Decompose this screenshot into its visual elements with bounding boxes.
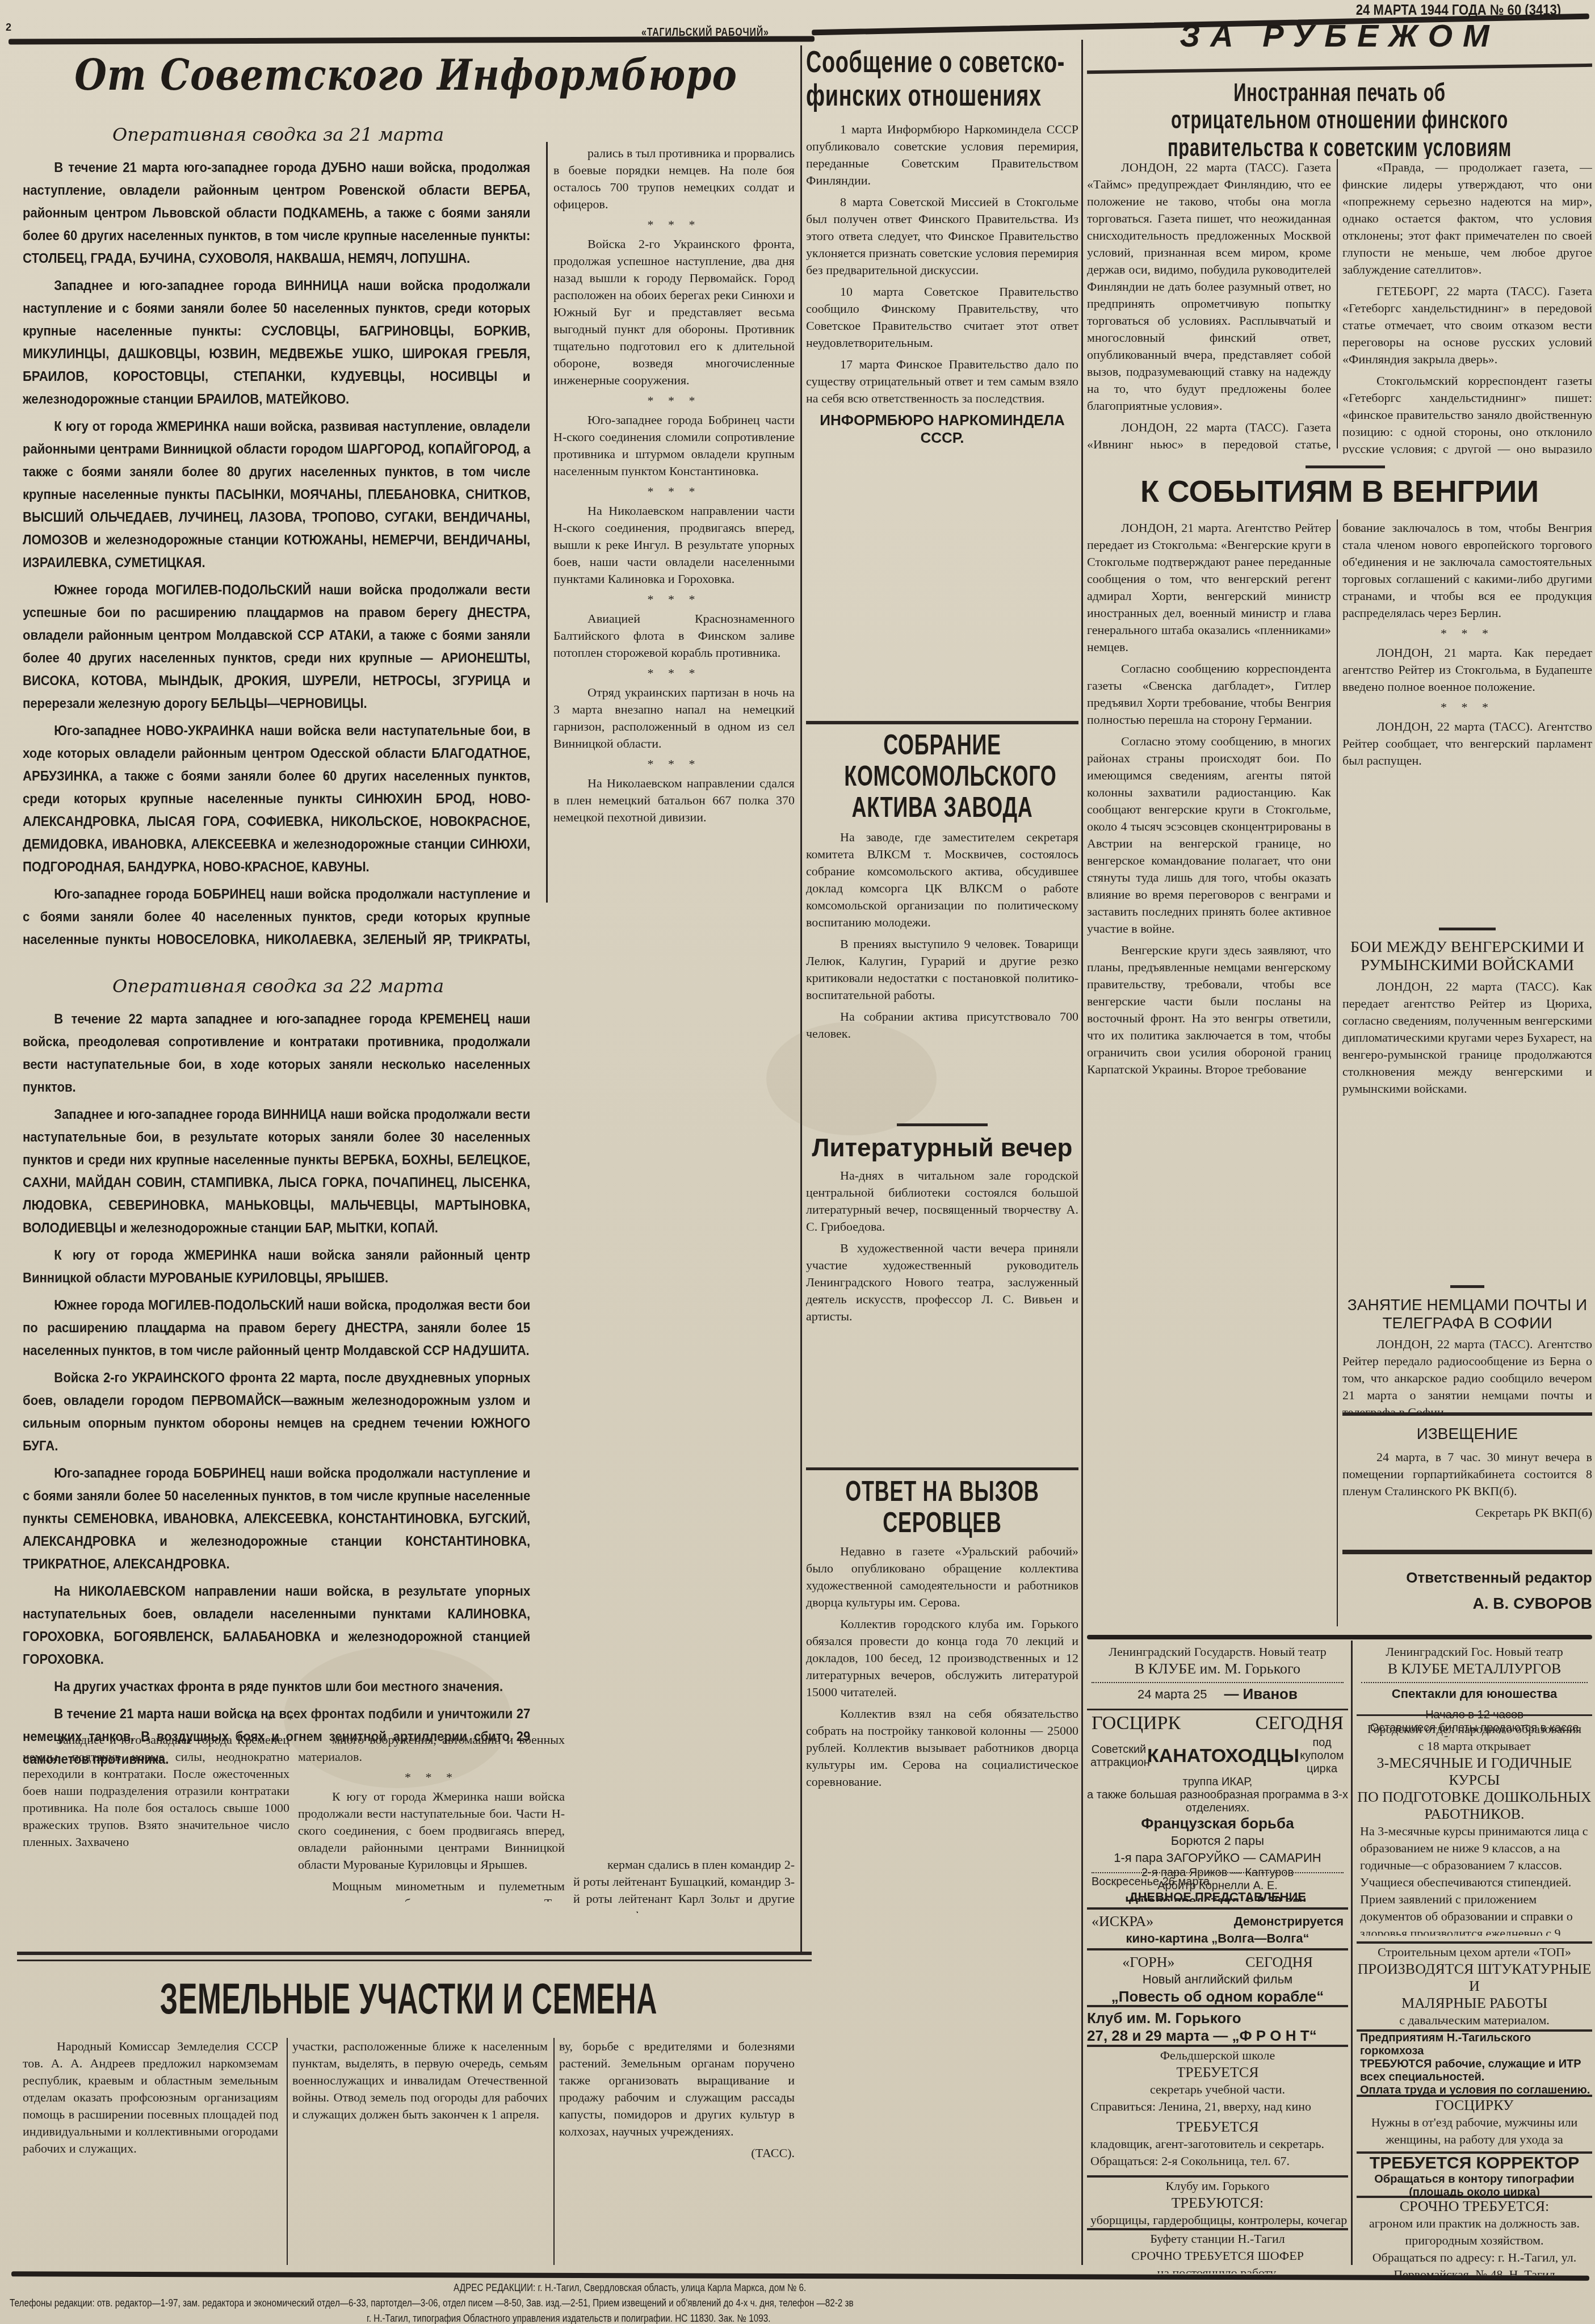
column-divider <box>287 2038 288 2265</box>
footer: АДРЕС РЕДАКЦИИ: г. Н.-Тагил, Свердловска… <box>0 2282 1595 2324</box>
report-paragraph: К югу от города ЖМЕРИНКА наши войска, ра… <box>23 416 530 574</box>
article-paragraph: Войска 2-го Украинского фронта, продолжа… <box>553 236 795 389</box>
article-paragraph: На Николаевском направлении сдался в пле… <box>553 775 795 826</box>
ad-line: а также большая разнообразная программа … <box>1087 1789 1348 1815</box>
editor-name: А. В. СУВОРОВ <box>1342 1595 1592 1613</box>
report-21: Оперативная сводка за 21 марта В течение… <box>23 114 534 954</box>
report-paragraph: В течение 21 марта юго-западнее города Д… <box>23 157 530 270</box>
article-paragraph: рались в тыл противника и прорвались в б… <box>553 145 795 213</box>
ad-line: ПО ПОДГОТОВКЕ ДОШКОЛЬНЫХ <box>1357 1789 1592 1806</box>
ad-line: ДНЕВНОЕ ПРЕДСТАВЛЕНИЕ <box>1087 1889 1348 1906</box>
abroad-section-title: ЗА РУБЕЖОМ <box>1087 17 1592 54</box>
ad-line: СРОЧНО ТРЕБУЕТСЯ: <box>1357 2198 1592 2215</box>
ad-line: кладовщик, агент-заготовитель и секретар… <box>1087 2136 1348 2153</box>
ad-line: Буфету станции Н.-Тагил <box>1087 2230 1348 2247</box>
footer-rule <box>11 2271 1589 2280</box>
ad-line: ТРЕБУЮТСЯ: <box>1087 2195 1348 2212</box>
ad-title: «ИСКРА» <box>1092 1913 1153 1930</box>
article-paragraph: На Николаевском направлении части Н-ског… <box>553 502 795 588</box>
ad-proofreader: ТРЕБУЕТСЯ КОРРЕКТОР Обращаться в контору… <box>1357 2151 1592 2197</box>
ad-line: 27, 28 и 29 марта — „Ф Р О Н Т“ <box>1087 2027 1348 2045</box>
report-22-subtitle: Оперативная сводка за 22 марта <box>23 975 534 997</box>
report-paragraph: К югу от города ЖМЕРИНКА наши войска зан… <box>23 1244 530 1290</box>
ad-plaster-works: Строительным цехом артели «ТОП» ПРОИЗВОД… <box>1357 1941 1592 2027</box>
ad-circus-workers: ГОСЦИРКУ Нужны в от'езд рабочие, мужчины… <box>1357 2095 1592 2151</box>
section-rule <box>1439 928 1496 930</box>
stars-divider: * * * <box>1342 700 1592 715</box>
article-paragraph: бование заключалось в том, чтобы Венгрия… <box>1342 519 1592 622</box>
ad-line: секретарь учебной части. <box>1087 2081 1348 2098</box>
ad-line: ТРЕБУЕТСЯ КОРРЕКТОР <box>1357 2154 1592 2173</box>
ad-title: «ГОРН» <box>1122 1954 1174 1971</box>
ad-title: ГОСЦИРК <box>1092 1713 1181 1734</box>
ads-rule <box>1087 1635 1592 1639</box>
stars-divider: * * * <box>553 666 795 681</box>
printer-info: г. Н.-Тагил, типография Областного управ… <box>0 2313 1356 2324</box>
ad-line: всех специальностей. <box>1360 2071 1592 2084</box>
article-paragraph: ву, борьбе с вредителями и болезнями рас… <box>559 2038 795 2140</box>
hungary-title: К СОБЫТИЯМ В ВЕНГРИИ <box>1087 474 1592 509</box>
article-paragraph: ЛОНДОН, 21 марта. Агентство Рейтер перед… <box>1087 519 1331 656</box>
article-paragraph: Венгерские круги здесь заявляют, что пла… <box>1087 942 1331 1078</box>
editorial-phones: Телефоны редакции: отв. редактор—1-97, з… <box>0 2297 1356 2309</box>
report-21-subtitle: Оперативная сводка за 21 марта <box>23 124 534 145</box>
ad-line: Французская борьба <box>1087 1815 1348 1832</box>
hungary-left: ЛОНДОН, 21 марта. Агентство Рейтер перед… <box>1087 519 1331 1641</box>
column-divider <box>1337 519 1338 1626</box>
article-paragraph: 24 марта, в 7 час. 30 минут вечера в пом… <box>1342 1449 1592 1500</box>
section-rule <box>806 721 1078 724</box>
sovinformburo-bottom-col3: кеpман сдались в плен командир 2-й роты … <box>573 1856 795 1913</box>
column-divider <box>1337 159 1338 448</box>
stars-divider: * * * <box>553 217 795 232</box>
finland-title: Сообщение о советско-финских отношениях <box>806 45 1073 113</box>
ad-today: СЕГОДНЯ <box>1245 1954 1313 1971</box>
sofia-title: ЗАНЯТИЕ НЕМЦАМИ ПОЧТЫ И ТЕЛЕГРАФА В СОФИ… <box>1342 1296 1592 1332</box>
article-paragraph: ЛОНДОН, 22 марта (ТАСС). Как передает аг… <box>1342 978 1592 1097</box>
editor-label: Ответственный редактор <box>1342 1569 1592 1587</box>
ad-line: На 3-месячные курсы принимаются лица с о… <box>1357 1823 1592 1874</box>
article-paragraph: К югу от города Жмеринка наши войска про… <box>298 1788 565 1873</box>
ad-line: Демонстрируется <box>1234 1913 1344 1930</box>
article-paragraph: Согласно этому сообщению, в многих район… <box>1087 733 1331 937</box>
article-paragraph: Стокгольмский корреспондент газеты «Гете… <box>1342 372 1592 454</box>
article-paragraph: ЛОНДОН, 21 марта. Как передает агентство… <box>1342 644 1592 695</box>
finnish-press-right: «Правда, — продолжает газета, — финские … <box>1342 159 1592 454</box>
sofia-article: ЗАНЯТИЕ НЕМЦАМИ ПОЧТЫ И ТЕЛЕГРАФА В СОФИ… <box>1342 1277 1592 1413</box>
column-divider <box>1351 1641 1353 2265</box>
ad-line: Нужны в от'езд рабочие, мужчины или женщ… <box>1357 2114 1592 2151</box>
ad-line: Справиться: Ленина, 21, вверху, над кино… <box>1087 2098 1348 2119</box>
ad-club-front: Клуб им. М. Горького 27, 28 и 29 марта —… <box>1087 2005 1348 2045</box>
report-paragraph: Юго-западнее города БОБРИНЕЦ наши войска… <box>23 883 530 954</box>
notice-signature: Секретарь РК ВКП(б) <box>1342 1504 1592 1521</box>
article-paragraph: 8 марта Советской Миссией в Стокгольме б… <box>806 194 1078 279</box>
article-paragraph: ЛОНДОН, 22 марта (ТАСС). Агентство Рейте… <box>1342 1336 1592 1413</box>
ad-line: Новый английский фильм <box>1087 1971 1348 1988</box>
article-paragraph: 1 марта Информбюро Наркоминдела СССР опу… <box>806 121 1078 189</box>
ad-iskra: «ИСКРА» Демонстрируется кино-картина „Во… <box>1087 1907 1348 1948</box>
hungary-right: бование заключалось в том, чтобы Венгрия… <box>1342 519 1592 871</box>
ad-buffet: Буфету станции Н.-Тагил СРОЧНО ТРЕБУЕТСЯ… <box>1087 2228 1348 2273</box>
land-plots-title: ЗЕМЕЛЬНЫЕ УЧАСТКИ И СЕМЕНА ДЛЯ ОГОРОДНИК… <box>150 1975 668 2027</box>
ad-line: Строительным цехом артели «ТОП» <box>1357 1944 1592 1961</box>
sovinformburo-continuation: рались в тыл противника и прорвались в б… <box>553 145 795 1893</box>
ad-line: Борются 2 пары <box>1087 1832 1348 1849</box>
clashes-article: БОИ МЕЖДУ ВЕНГЕРСКИМИ И РУМЫНСКИМИ ВОЙСК… <box>1342 920 1592 1283</box>
article-paragraph: На заводе, где заместителем секретаря ко… <box>806 829 1078 931</box>
article-paragraph: На-днях в читальном зале городской центр… <box>806 1167 1078 1235</box>
editorial-address: АДРЕС РЕДАКЦИИ: г. Н.-Тагил, Свердловска… <box>0 2282 1356 2294</box>
article-paragraph: ЛОНДОН, 22 марта (ТАСС). Газета «Ивнинг … <box>1087 419 1331 454</box>
article-paragraph: Западнее и юго-западнее города Кременец … <box>23 1731 289 1851</box>
ad-line: на постоянную работу. <box>1087 2264 1348 2273</box>
ad-line: Ленинградский Гос. Новый театр <box>1357 1643 1592 1660</box>
ad-dates: 24 марта 25 <box>1138 1686 1207 1701</box>
tass-credit: (ТАСС). <box>559 2145 795 2162</box>
article-paragraph: Мощным минометным и пулеметным огнем гит… <box>298 1878 565 1902</box>
column-divider <box>1081 40 1083 2265</box>
finnish-press-title: Иностранная печать об отрицательном отно… <box>1163 79 1517 159</box>
wavy-divider <box>1361 1680 1588 1683</box>
ad-line: Ленинградский Государств. Новый театр <box>1087 1643 1348 1660</box>
report-paragraph: Южнее города МОГИЛЕВ-ПОДОЛЬСКИЙ наши вой… <box>23 1294 530 1362</box>
page-number: 2 <box>6 22 11 33</box>
ad-line: МАЛЯРНЫЕ РАБОТЫ <box>1357 1995 1592 2012</box>
ad-line: с давальческим материалом. <box>1357 2012 1592 2027</box>
ad-enterprises: Предприятиям Н.-Тагильского горкомхоза Т… <box>1357 2029 1592 2098</box>
ad-preschool-courses: Городской отдел народного образования с … <box>1357 1714 1592 1936</box>
article-paragraph: Коллектив взял на себя обязательство соб… <box>806 1705 1078 1790</box>
ad-film: кино-картина „Волга—Волга“ <box>1087 1930 1348 1947</box>
ad-line: ПРОИЗВОДЯТСЯ ШТУКАТУРНЫЕ И <box>1357 1961 1592 1995</box>
land-plots-col1: Народный Комиссар Земледелия СССР тов. А… <box>23 2038 278 2265</box>
ad-club-staff: Клубу им. Горького ТРЕБУЮТСЯ: уборщицы, … <box>1087 2175 1348 2232</box>
ad-line: труппа ИКАР, <box>1087 1776 1348 1789</box>
ad-agronomist: СРОЧНО ТРЕБУЕТСЯ: агроном или практик на… <box>1357 2196 1592 2275</box>
notice-article: ИЗВЕЩЕНИЕ 24 марта, в 7 час. 30 минут ве… <box>1342 1419 1592 1544</box>
ad-title: Клуб им. М. Горького <box>1087 2007 1348 2027</box>
ad-line: СРОЧНО ТРЕБУЕТСЯ ШОФЕР <box>1087 2247 1348 2264</box>
article-paragraph: В прениях выступило 9 человек. Товарищи … <box>806 936 1078 1004</box>
ad-line: Городской отдел народного образования <box>1357 1716 1592 1738</box>
ad-line: Обращаться по адресу: г. Н.-Тагил, ул. П… <box>1357 2249 1592 2275</box>
komsomol-title: СОБРАНИЕ КОМСОМОЛЬСКОГО АКТИВА ЗАВОДА <box>844 729 1040 823</box>
paper-stain <box>766 1022 937 1135</box>
clashes-title: БОИ МЕЖДУ ВЕНГЕРСКИМИ И РУМЫНСКИМИ ВОЙСК… <box>1342 938 1592 975</box>
ad-line: Клубу им. Горького <box>1087 2178 1348 2195</box>
ad-play: — Иванов <box>1224 1685 1298 1700</box>
ad-line: Учащиеся обеспечиваются стипендией. <box>1357 1874 1592 1891</box>
article-paragraph: Отряд украинских партизан в ночь на 3 ма… <box>553 684 795 752</box>
article-paragraph: Недавно в газете «Уральский рабочий» был… <box>806 1543 1078 1611</box>
wavy-divider <box>1092 1680 1344 1683</box>
ad-line: ГОСЦИРКУ <box>1357 2097 1592 2114</box>
ad-line: ТРЕБУЕТСЯ <box>1087 2119 1348 2136</box>
ad-storekeeper: ТРЕБУЕТСЯ кладовщик, агент-заготовитель … <box>1087 2119 1348 2175</box>
wavy-divider <box>1092 1870 1344 1873</box>
report-paragraph: Западнее и юго-западнее города ВИННИЦА н… <box>23 1104 530 1240</box>
sovinformburo-title: От Советского Информбюро <box>64 51 748 100</box>
article-paragraph: ЛОНДОН, 22 марта (ТАСС). Агентство Рейте… <box>1342 718 1592 769</box>
article-paragraph: 10 марта Советское Правительство сообщил… <box>806 283 1078 351</box>
ad-line: РАБОТНИКОВ. <box>1357 1806 1592 1823</box>
report-paragraph: Юго-западнее города БОБРИНЕЦ наши войска… <box>23 1462 530 1576</box>
ad-line: Обращаться в контору типографии <box>1357 2173 1592 2186</box>
ad-line: Предприятиям Н.-Тагильского горкомхоза <box>1360 2032 1592 2058</box>
article-paragraph: Юго-западнее города Бобринец части Н-ско… <box>553 412 795 480</box>
ad-film: „Повесть об одном корабле“ <box>1087 1988 1348 2005</box>
article-paragraph: Согласно сообщению корреспондента газеты… <box>1087 660 1331 728</box>
article-paragraph: 17 марта Финское Правительство дало по с… <box>806 356 1078 407</box>
ad-line: Воскресенье 26 марта <box>1087 1876 1348 1889</box>
serovtsy-article: ОТВЕТ НА ВЫЗОВ СЕРОВЦЕВ Недавно в газете… <box>806 1476 1078 2259</box>
notice-title: ИЗВЕЩЕНИЕ <box>1342 1425 1592 1443</box>
article-paragraph: Народный Комиссар Земледелия СССР тов. А… <box>23 2038 278 2157</box>
article-paragraph: Коллектив городского клуба им. Горького … <box>806 1616 1078 1701</box>
section-rule <box>1342 1412 1592 1416</box>
column-divider <box>553 2038 555 2265</box>
report-paragraph: В течение 22 марта западнее и юго-западн… <box>23 1008 530 1099</box>
article-paragraph: Авиацией Краснознаменного Балтийского фл… <box>553 610 795 661</box>
ad-circus-matinee: Воскресенье 26 марта ДНЕВНОЕ ПРЕДСТАВЛЕН… <box>1087 1868 1348 1907</box>
ad-dates: 24, 25 марта — День живых <box>1357 1702 1592 1706</box>
ad-theater-gorky: Ленинградский Государств. Новый театр В … <box>1087 1643 1348 1700</box>
finland-signature: ИНФОРМБЮРО НАРКОМИНДЕЛА СССР. <box>806 412 1078 447</box>
report-paragraph: Юго-западнее НОВО-УКРАИНКА наши войска в… <box>23 720 530 879</box>
literary-title: Литературный вечер <box>806 1134 1078 1163</box>
ad-line: под куполом цирка <box>1299 1736 1345 1776</box>
ad-line: Обращаться: 2-я Сокольница, тел. 67. <box>1087 2153 1348 2170</box>
ad-line: ТРЕБУЕТСЯ <box>1087 2064 1348 2081</box>
ad-line: ТРЕБУЮТСЯ рабочие, служащие и ИТР <box>1360 2058 1592 2071</box>
section-rule <box>1306 465 1385 468</box>
stars-divider: * * * <box>1342 626 1592 641</box>
finland-article: Сообщение о советско-финских отношениях … <box>806 45 1078 727</box>
column-divider <box>800 45 802 1953</box>
editor-block: Ответственный редактор А. В. СУВОРОВ <box>1342 1561 1592 1629</box>
article-paragraph: участки, расположенные ближе к населенны… <box>292 2038 548 2123</box>
ad-attraction: КАНАТОХОДЦЫ <box>1147 1745 1299 1767</box>
ad-line: 3-МЕСЯЧНЫЕ И ГОДИЧНЫЕ КУРСЫ <box>1357 1755 1592 1789</box>
ad-line: 1-я пара ЗАГОРУЙКО — САМАРИН <box>1087 1849 1348 1866</box>
ad-line: Прием заявлений с приложением документов… <box>1357 1891 1592 1936</box>
ad-today: СЕГОДНЯ <box>1255 1713 1344 1734</box>
section-rule <box>17 1952 812 1955</box>
article-paragraph: ГЕТЕБОРГ, 22 марта (ТАСС). Газета «Гетеб… <box>1342 283 1592 368</box>
section-rule <box>17 1960 812 1961</box>
report-paragraph: Южнее города МОГИЛЕВ-ПОДОЛЬСКИЙ наши вой… <box>23 579 530 715</box>
ad-line: агроном или практик на должность зав. пр… <box>1357 2215 1592 2249</box>
ad-gorn: «ГОРН» СЕГОДНЯ Новый английский фильм „П… <box>1087 1948 1348 2005</box>
finnish-press-left: ЛОНДОН, 22 марта (ТАСС). Газета «Таймс» … <box>1087 159 1331 454</box>
serovtsy-title: ОТВЕТ НА ВЫЗОВ СЕРОВЦЕВ <box>844 1476 1040 1538</box>
ad-venue: В КЛУБЕ им. М. Горького <box>1087 1660 1348 1677</box>
ad-theater-metallurgists: Ленинградский Гос. Новый театр В КЛУБЕ М… <box>1357 1643 1592 1706</box>
paper-stain <box>284 1646 511 1788</box>
ad-venue: В КЛУБЕ МЕТАЛЛУРГОВ <box>1357 1660 1592 1677</box>
column-divider <box>546 142 548 903</box>
section-rule <box>1342 1550 1592 1554</box>
article-paragraph: ЛОНДОН, 22 марта (ТАСС). Газета «Таймс» … <box>1087 159 1331 414</box>
land-plots-col3: ву, борьбе с вредителями и болезнями рас… <box>559 2038 795 2265</box>
section-rule <box>806 1467 1078 1470</box>
stars-divider: * * * <box>553 592 795 607</box>
ad-line: Спектакли для юношества <box>1357 1685 1592 1702</box>
article-paragraph: В художественной части вечера приняли уч… <box>806 1240 1078 1325</box>
stars-divider: * * * <box>553 757 795 771</box>
ad-line: с 18 марта открывает <box>1357 1738 1592 1755</box>
report-paragraph: Западнее и юго-западнее города ВИННИЦА н… <box>23 275 530 411</box>
literary-article: Литературный вечер На-днях в читальном з… <box>806 1115 1078 1467</box>
ad-line: Фельдшерской школе <box>1087 2047 1348 2064</box>
stars-divider: * * * <box>553 484 795 499</box>
stars-divider: * * * <box>553 393 795 408</box>
newspaper-page: 2 «ТАГИЛЬСКИЙ РАБОЧИЙ» 24 МАРТА 1944 ГОД… <box>0 0 1595 2324</box>
land-plots-col2: участки, расположенные ближе к населенны… <box>292 2038 548 2265</box>
section-rule <box>897 1123 988 1126</box>
article-paragraph: «Правда, — продолжает газета, — финские … <box>1342 159 1592 278</box>
sovinformburo-bottom-col1: Западнее и юго-западнее города Кременец … <box>23 1731 289 1902</box>
report-paragraph: Войска 2-го УКРАИНСКОГО фронта 22 марта,… <box>23 1367 530 1458</box>
article-paragraph: кеpман сдались в плен командир 2-й роты … <box>573 1856 795 1913</box>
section-rule <box>1450 1285 1484 1288</box>
ad-feldsher-school: Фельдшерской школе ТРЕБУЕТСЯ секретарь у… <box>1087 2045 1348 2119</box>
ad-line: Советский аттракцион <box>1090 1743 1147 1769</box>
